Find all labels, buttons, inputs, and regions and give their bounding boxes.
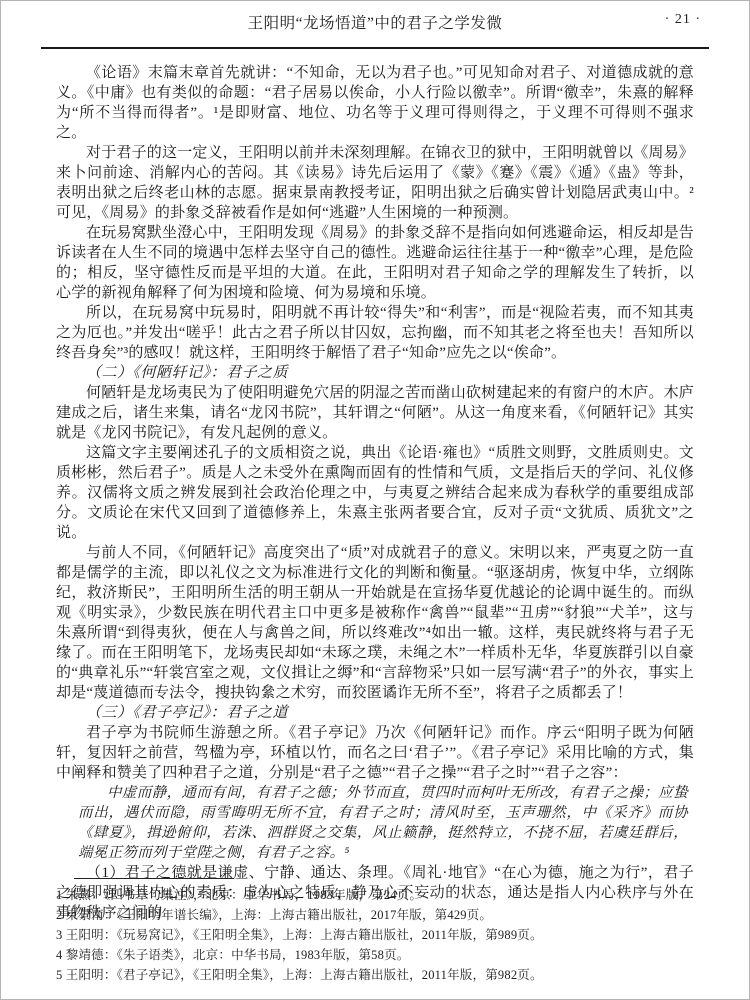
footnote-item: 1 朱熹：《四书章句集注》，北京：中华书局，1983年版，第24页。: [56, 885, 694, 905]
footnote-separator: [74, 878, 234, 879]
footnote-item: 4 黎靖德：《朱子语类》，北京：中华书局，1983年版，第58页。: [56, 945, 694, 965]
header-rule: [41, 47, 709, 49]
section-heading: （三）《君子亭记》：君子之道: [56, 703, 694, 723]
block-quote: 中虚而静，通而有间，有君子之德；外节而直，贯四时而柯叶无所改，有君子之操；应蛰而…: [78, 783, 688, 863]
body-paragraph: 何陋轩是龙场夷民为了使阳明避免穴居的阴湿之苦而凿山砍树建起来的有窗户的木庐。木庐…: [56, 383, 694, 443]
footnote-item: 5 王阳明：《君子亭记》，《王阳明全集》，上海：上海古籍出版社，2011年版，第…: [56, 965, 694, 985]
article-body: 《论语》末篇末章首先就讲：“不知命，无以为君子也。”可见知命对君子、对道德成就的…: [56, 63, 694, 923]
body-paragraph: 在玩易窝默坐澄心中，王阳明发现《周易》的卦象爻辞不是指向如何逃避命运，相反却是告…: [56, 223, 694, 303]
body-paragraph: 《论语》末篇末章首先就讲：“不知命，无以为君子也。”可见知命对君子、对道德成就的…: [56, 63, 694, 143]
footnote-item: 3 王阳明：《玩易窝记》，《王阳明全集》，上海：上海古籍出版社，2011年版，第…: [56, 925, 694, 945]
footnote-item: 2 束景南：《王阳明年谱长编》，上海：上海古籍出版社，2017年版，第429页。: [56, 905, 694, 925]
body-paragraph: 与前人不同，《何陋轩记》高度突出了“质”对成就君子的意义。宋明以来，严夷夏之防一…: [56, 543, 694, 703]
footnote-list: 1 朱熹：《四书章句集注》，北京：中华书局，1983年版，第24页。2 束景南：…: [56, 885, 694, 985]
running-title: 王阳明“龙场悟道”中的君子之学发微: [1, 11, 749, 33]
body-paragraph: 君子亭为书院师生游憩之所。《君子亭记》乃次《何陋轩记》而作。序云“阳明子既为何陋…: [56, 723, 694, 783]
body-paragraph: 对于君子的这一定义，王阳明以前并未深刻理解。在锦衣卫的狱中，王阳明就曾以《周易》…: [56, 143, 694, 223]
body-paragraph: 这篇文字主要阐述孔子的文质相资之说，典出《论语·雍也》“质胜文则野，文胜质则史。…: [56, 443, 694, 543]
paper-page: 王阳明“龙场悟道”中的君子之学发微 · 21 · 《论语》末篇末章首先就讲：“不…: [0, 0, 750, 1000]
section-heading: （二）《何陋轩记》：君子之质: [56, 363, 694, 383]
body-paragraph: 所以，在玩易窝中玩易时，阳明就不再计较“得失”和“利害”，而是“视险若夷，而不知…: [56, 303, 694, 363]
footnotes-section: 1 朱熹：《四书章句集注》，北京：中华书局，1983年版，第24页。2 束景南：…: [56, 878, 694, 985]
page-header: 王阳明“龙场悟道”中的君子之学发微 · 21 ·: [1, 11, 749, 41]
page-number: · 21 ·: [665, 12, 701, 28]
